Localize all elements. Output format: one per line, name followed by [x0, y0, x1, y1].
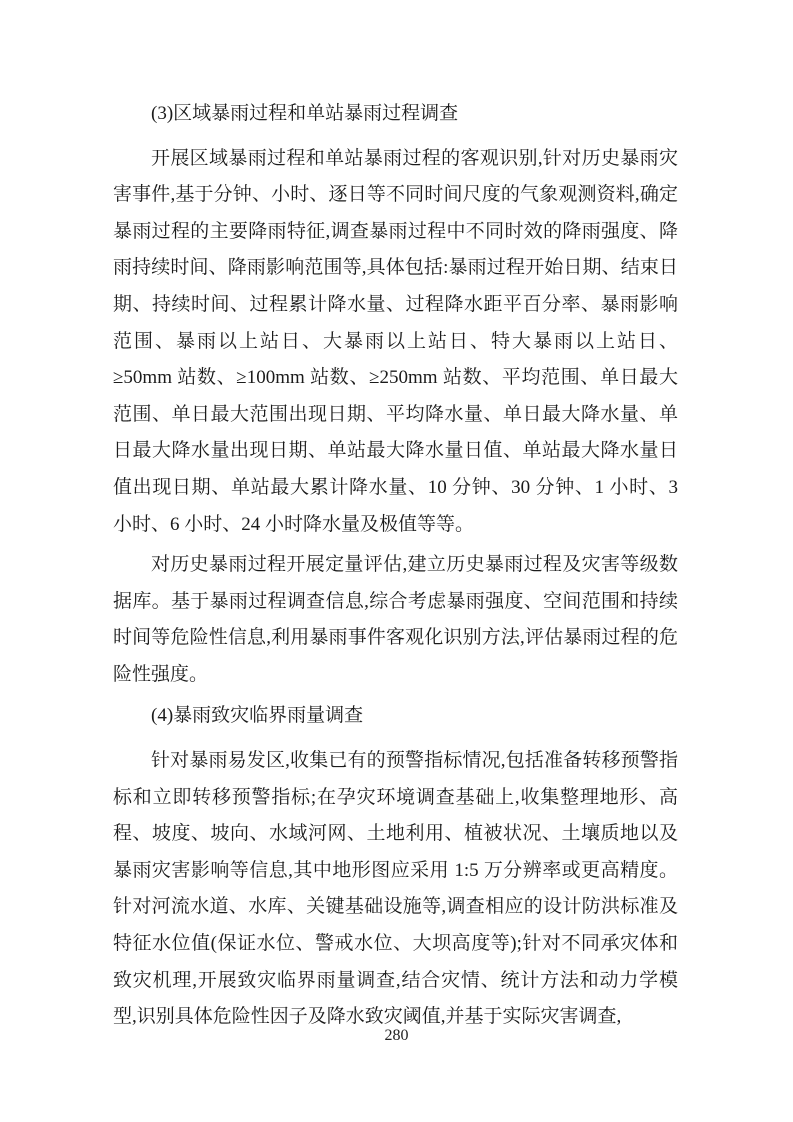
paragraph-historical-storm-assessment: 对历史暴雨过程开展定量评估,建立历史暴雨过程及灾害等级数据库。基于暴雨过程调查信…: [113, 547, 678, 693]
paragraph-region-storm-survey: 开展区域暴雨过程和单站暴雨过程的客观识别,针对历史暴雨灾害事件,基于分钟、小时、…: [113, 141, 678, 544]
section-heading-3: (3)区域暴雨过程和单站暴雨过程调查: [113, 96, 678, 133]
section-heading-4: (4)暴雨致灾临界雨量调查: [113, 698, 678, 735]
page-number: 280: [0, 1026, 793, 1046]
paragraph-critical-rainfall-survey: 针对暴雨易发区,收集已有的预警指标情况,包括准备转移预警指标和立即转移预警指标;…: [113, 743, 678, 1036]
text-block: (3)区域暴雨过程和单站暴雨过程调查 开展区域暴雨过程和单站暴雨过程的客观识别,…: [113, 96, 678, 1040]
document-page: (3)区域暴雨过程和单站暴雨过程调查 开展区域暴雨过程和单站暴雨过程的客观识别,…: [0, 0, 793, 1122]
